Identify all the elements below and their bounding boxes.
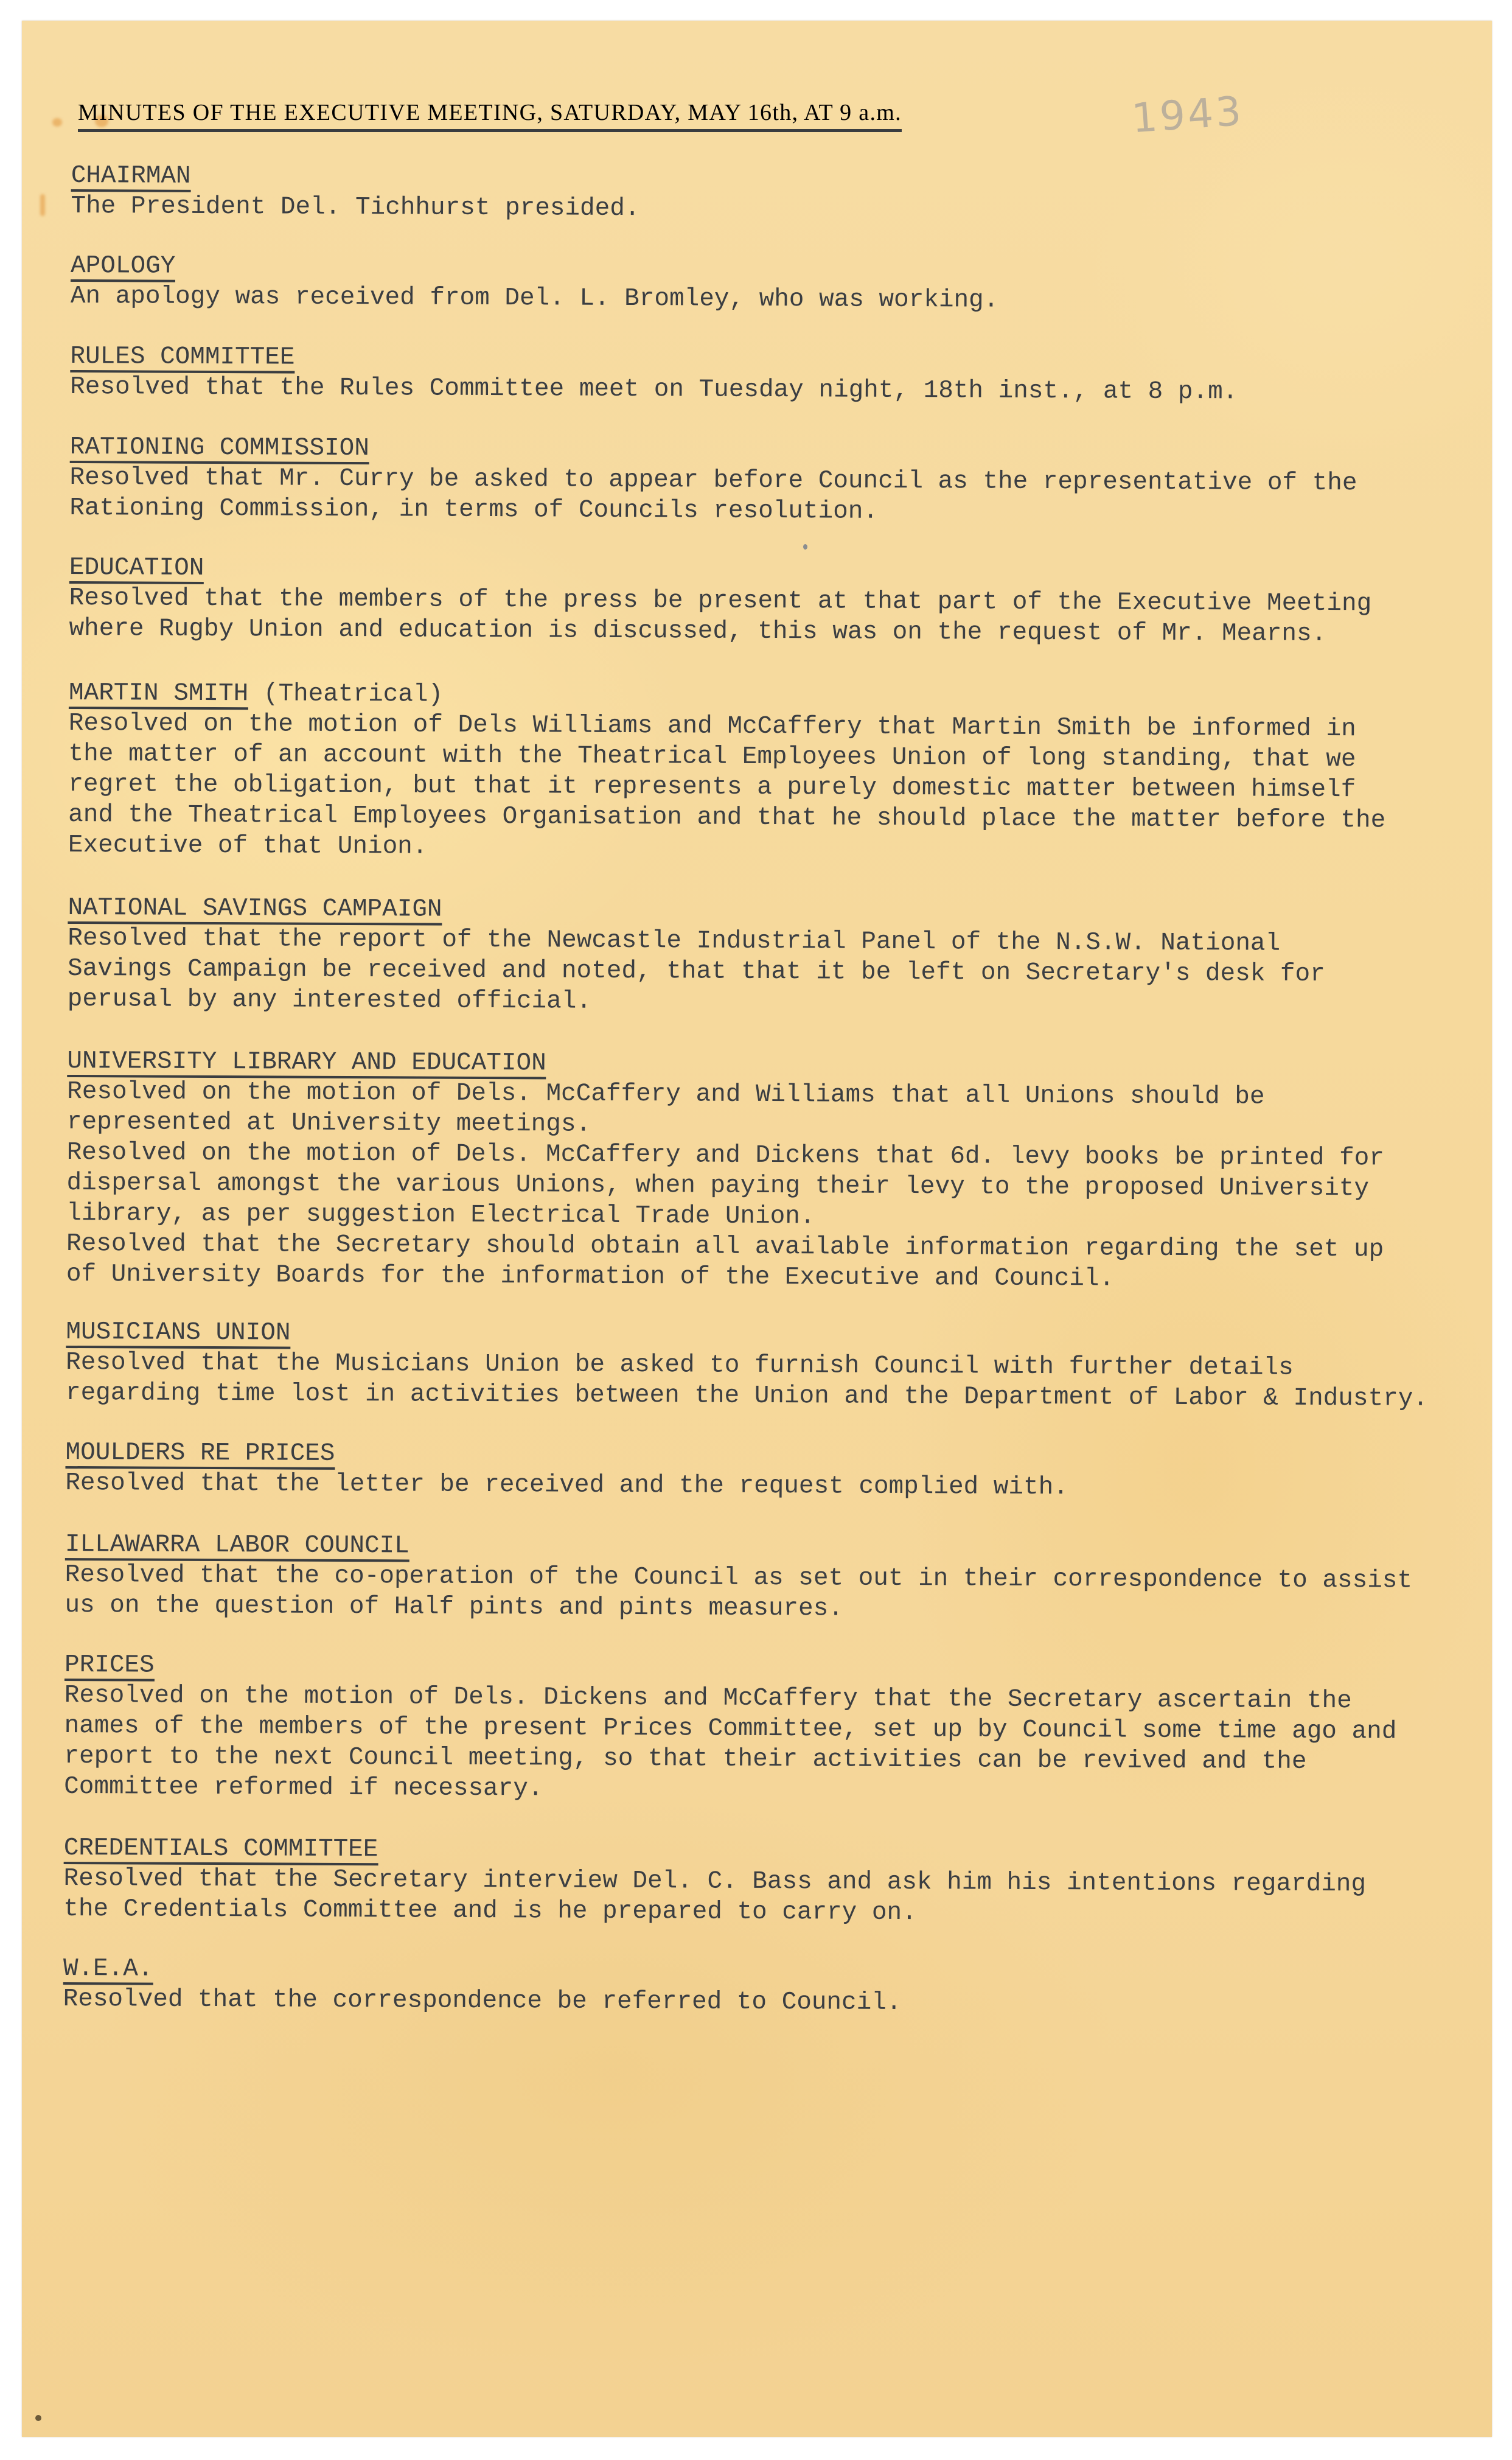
- minutes-section: W.E.A.Resolved that the correspondence b…: [63, 1954, 902, 2018]
- section-heading-label: EDUCATION: [69, 554, 204, 584]
- resolution-text-line: Savings Campaign be received and noted, …: [68, 954, 1325, 990]
- section-heading: RULES COMMITTEE: [70, 343, 294, 371]
- minutes-section: ILLAWARRA LABOR COUNCILResolved that the…: [64, 1529, 1412, 1627]
- resolution-text-line: Resolved that the correspondence be refe…: [63, 1984, 902, 2018]
- section-heading-label: NATIONAL SAVINGS CAMPAIGN: [68, 895, 442, 926]
- minutes-section: APOLOGYAn apology was received from Del.…: [71, 251, 999, 316]
- section-heading: MOULDERS RE PRICES: [65, 1439, 335, 1467]
- minutes-section: UNIVERSITY LIBRARY AND EDUCATIONResolved…: [66, 1046, 1385, 1295]
- section-heading-label: CREDENTIALS COMMITTEE: [64, 1835, 378, 1865]
- resolution-text-line: Rationing Commission, in terms of Counci…: [69, 493, 1357, 529]
- resolution-text-line: Resolved that the letter be received and…: [65, 1468, 1068, 1503]
- section-heading-label: MARTIN SMITH: [69, 680, 248, 710]
- section-heading-label: CHAIRMAN: [71, 162, 191, 192]
- section-heading: PRICES: [64, 1652, 155, 1679]
- section-heading: NATIONAL SAVINGS CAMPAIGN: [68, 895, 442, 923]
- section-heading-label: UNIVERSITY LIBRARY AND EDUCATION: [67, 1048, 546, 1079]
- minutes-section: NATIONAL SAVINGS CAMPAIGNResolved that t…: [68, 893, 1326, 1020]
- minutes-section: CHAIRMANThe President Del. Tichhurst pre…: [71, 161, 639, 224]
- section-heading-label: MOULDERS RE PRICES: [65, 1439, 335, 1470]
- section-heading: APOLOGY: [71, 253, 175, 280]
- handwritten-year-annotation: 1943: [1131, 88, 1245, 142]
- minutes-section: RULES COMMITTEEResolved that the Rules C…: [70, 341, 1238, 407]
- section-heading: MARTIN SMITH (Theatrical): [69, 680, 443, 708]
- section-heading: W.E.A.: [63, 1955, 153, 1983]
- document-title: MINUTES OF THE EXECUTIVE MEETING, SATURD…: [78, 99, 902, 132]
- section-heading-label: ILLAWARRA LABOR COUNCIL: [65, 1531, 409, 1562]
- section-heading-label: PRICES: [64, 1652, 155, 1682]
- resolution-text-line: Resolved that Mr. Curry be asked to appe…: [69, 463, 1357, 498]
- section-heading-suffix: (Theatrical): [248, 680, 443, 708]
- resolution-text-line: regarding time lost in activities betwee…: [66, 1378, 1428, 1414]
- minutes-section: MARTIN SMITH (Theatrical)Resolved on the…: [68, 678, 1386, 866]
- minutes-section: MOULDERS RE PRICESResolved that the lett…: [65, 1438, 1068, 1503]
- minutes-section: PRICESResolved on the motion of Dels. Di…: [64, 1650, 1397, 1808]
- minutes-section: RATIONING COMMISSIONResolved that Mr. Cu…: [69, 432, 1357, 529]
- section-heading-label: APOLOGY: [71, 253, 175, 282]
- resolution-text-line: Executive of that Union.: [68, 830, 1385, 866]
- resolution-text-line: The President Del. Tichhurst presided.: [71, 191, 639, 224]
- resolution-text-line: the Credentials Committee and is he prep…: [63, 1894, 1366, 1930]
- minutes-section: EDUCATIONResolved that the members of th…: [69, 553, 1371, 649]
- section-heading: MUSICIANS UNION: [66, 1319, 290, 1347]
- resolution-text-line: us on the question of Half pints and pin…: [64, 1590, 1412, 1627]
- section-heading: CHAIRMAN: [71, 162, 191, 190]
- paper-stain: [40, 194, 45, 216]
- resolution-text-line: Resolved that the Rules Committee meet o…: [70, 372, 1238, 407]
- section-heading: EDUCATION: [69, 554, 204, 582]
- ink-speck: [803, 544, 807, 550]
- section-heading-label: RULES COMMITTEE: [70, 343, 294, 374]
- section-heading-label: W.E.A.: [63, 1955, 153, 1985]
- section-heading: ILLAWARRA LABOR COUNCIL: [65, 1531, 409, 1559]
- section-heading: UNIVERSITY LIBRARY AND EDUCATION: [67, 1048, 546, 1077]
- resolution-text-line: An apology was received from Del. L. Bro…: [71, 281, 999, 316]
- ink-speck: [35, 2415, 41, 2421]
- resolution-text-line: of University Boards for the information…: [66, 1259, 1384, 1295]
- minutes-section: CREDENTIALS COMMITTEEResolved that the S…: [63, 1833, 1366, 1930]
- paper-stain: [52, 118, 62, 127]
- minutes-body: CHAIRMANThe President Del. Tichhurst pre…: [72, 0, 1471, 6]
- section-heading: RATIONING COMMISSION: [70, 434, 369, 462]
- minutes-section: MUSICIANS UNIONResolved that the Musicia…: [66, 1317, 1429, 1414]
- section-heading-label: MUSICIANS UNION: [66, 1319, 290, 1349]
- resolution-text-line: where Rugby Union and education is discu…: [69, 613, 1371, 649]
- resolution-text-line: Resolved that the report of the Newcastl…: [68, 923, 1325, 959]
- section-heading: CREDENTIALS COMMITTEE: [64, 1835, 378, 1863]
- resolution-text-line: Committee reformed if necessary.: [64, 1772, 1396, 1808]
- section-heading-label: RATIONING COMMISSION: [70, 434, 369, 464]
- resolution-text-line: perusal by any interested official.: [68, 984, 1325, 1020]
